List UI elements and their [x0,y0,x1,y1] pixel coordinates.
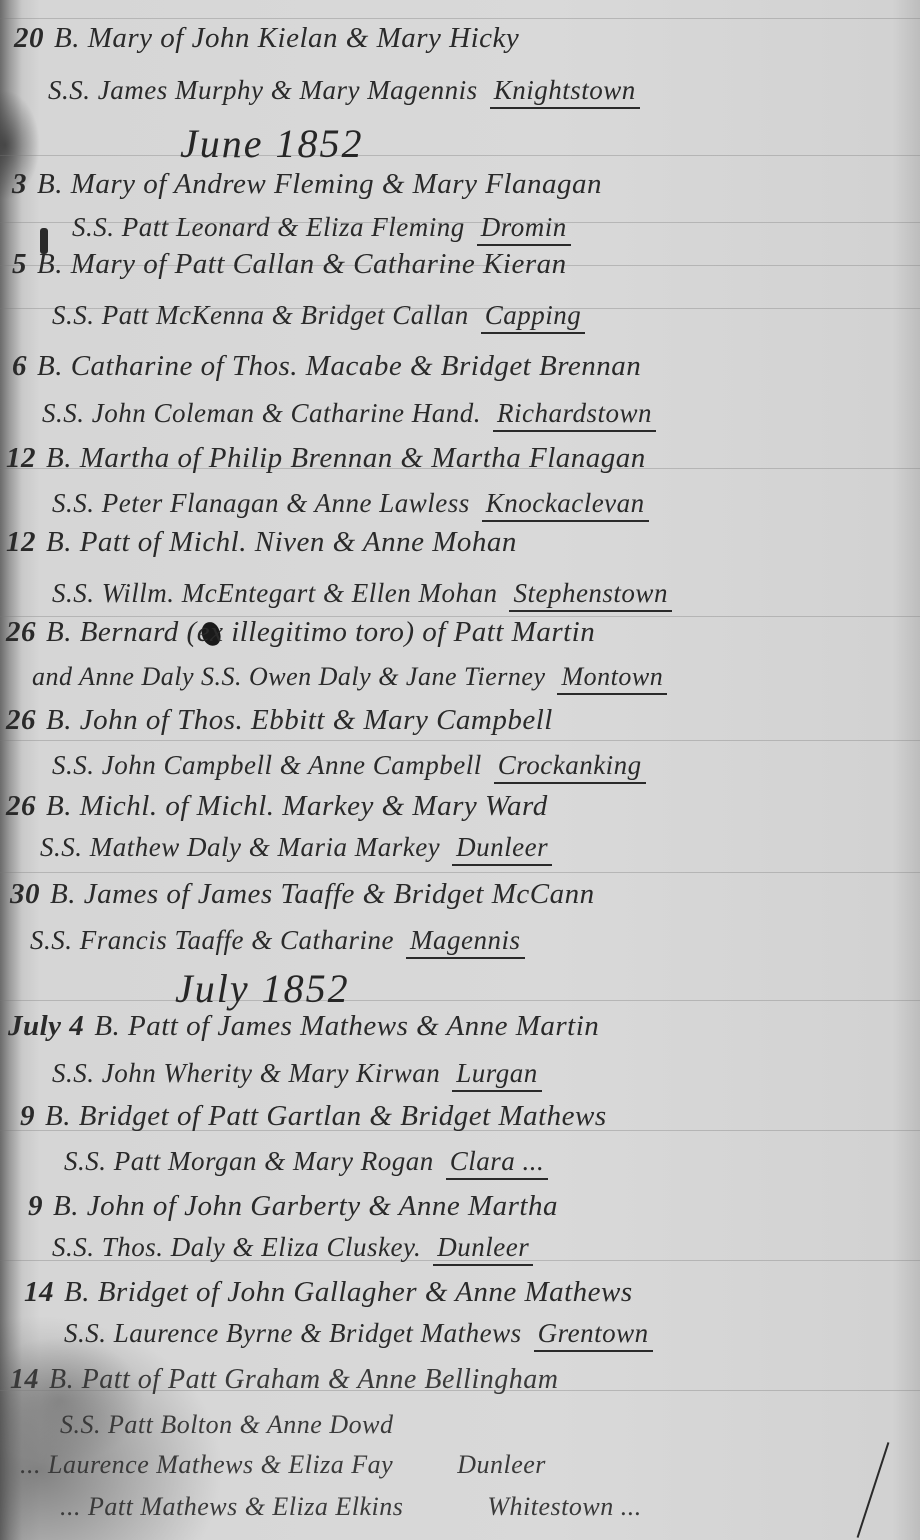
entry-line: 26B. Bernard (ex illegitimo toro) of Pat… [6,616,595,649]
entry-line: and Anne Daly S.S. Owen Daly & Jane Tier… [32,662,667,692]
entry-line: 14B. Patt of Patt Graham & Anne Bellingh… [10,1364,558,1396]
ruled-line [0,740,920,741]
entry-line: S.S. Thos. Daly & Eliza Cluskey.Dunleer [52,1232,533,1263]
entry-line: ... Patt Mathews & Eliza ElkinsWhitestow… [60,1492,646,1522]
entry-line: S.S. Francis Taaffe & CatharineMagennis [30,925,525,956]
entry-line: July 4B. Patt of James Mathews & Anne Ma… [8,1010,599,1043]
entry-line: 26B. John of Thos. Ebbitt & Mary Campbel… [6,704,553,737]
entry-line: S.S. Willm. McEntegart & Ellen MohanStep… [52,578,672,609]
entry-line: S.S. Patt Morgan & Mary RoganClara ... [64,1146,548,1177]
entry-line: 9B. Bridget of Patt Gartlan & Bridget Ma… [20,1100,607,1133]
entry-line: S.S. Peter Flanagan & Anne LawlessKnocka… [52,488,649,519]
entry-line: 20B. Mary of John Kielan & Mary Hicky [14,22,519,55]
ruled-line [0,872,920,873]
entry-line: 14B. Bridget of John Gallagher & Anne Ma… [24,1276,633,1309]
entry-line: 26B. Michl. of Michl. Markey & Mary Ward [6,790,548,823]
entry-line: 12B. Martha of Philip Brennan & Martha F… [6,442,646,475]
entry-line: 3B. Mary of Andrew Fleming & Mary Flanag… [12,168,602,201]
month-heading-july: July 1852 [175,965,350,1012]
entry-line: 6B. Catharine of Thos. Macabe & Bridget … [12,350,641,383]
entry-line: S.S. Patt McKenna & Bridget CallanCappin… [52,300,585,331]
entry-line: S.S. Patt Bolton & Anne Dowd [60,1410,393,1440]
entry-line: S.S. Patt Leonard & Eliza FlemingDromin [72,212,571,243]
entry-line: S.S. Laurence Byrne & Bridget MathewsGre… [64,1318,653,1349]
ruled-line [0,18,920,19]
entry-line: ... Laurence Mathews & Eliza FayDunleer [20,1450,550,1480]
pen-stroke [857,1442,890,1538]
entry-line: S.S. James Murphy & Mary MagennisKnights… [48,75,640,106]
entry-line: S.S. John Coleman & Catharine Hand.Richa… [42,398,656,429]
entry-line: 12B. Patt of Michl. Niven & Anne Mohan [6,526,517,559]
entry-line: 30B. James of James Taaffe & Bridget McC… [10,878,595,911]
register-page: June 1852 July 1852 20B. Mary of John Ki… [0,0,920,1540]
ruled-line [0,155,920,156]
entry-line: S.S. Mathew Daly & Maria MarkeyDunleer [40,832,552,863]
ruled-line [0,1000,920,1001]
entry-line: S.S. John Wherity & Mary KirwanLurgan [52,1058,542,1089]
entry-line: S.S. John Campbell & Anne CampbellCrocka… [52,750,646,781]
entry-line: 9B. John of John Garberty & Anne Martha [28,1190,558,1223]
entry-line: 5B. Mary of Patt Callan & Catharine Kier… [12,248,567,281]
month-heading-june: June 1852 [180,120,364,167]
